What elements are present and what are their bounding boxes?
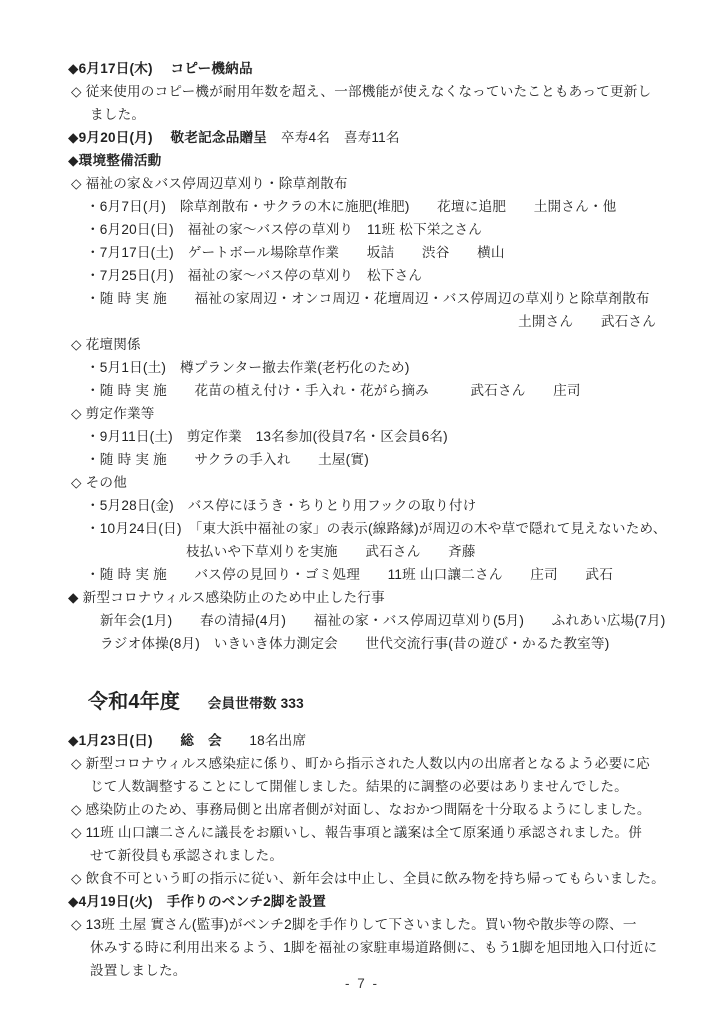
document-line: ・7月25日(月) 福祉の家～バス停の草刈り 松下さん: [68, 264, 658, 287]
document-line: ◇ 福祉の家＆バス停周辺草刈り・除草剤散布: [68, 172, 658, 195]
text-segment: ◇ 新型コロナウィルス感染症に係り、町から指示された人数以内の出席者となるよう必…: [71, 756, 650, 771]
text-segment: じて人数調整することにして開催しました。結果的に調整の必要はありませんでした。: [90, 779, 628, 794]
text-segment: ・随 時 実 施 福祉の家周辺・オンコ周辺・花壇周辺・バス停周辺の草刈りと除草剤…: [86, 291, 650, 306]
text-segment: ◇ 従来使用のコピー機が耐用年数を超え、一部機能が使えなくなっていたこともあって…: [71, 84, 651, 99]
document-line: ◇ 飲食不可という町の指示に従い、新年会は中止し、全員に飲み物を持ち帰ってもらい…: [68, 867, 658, 890]
document-line: ました。: [68, 103, 658, 126]
text-segment: ◇ 花壇関係: [71, 337, 141, 352]
text-segment: ・10月24日(日) 「東大浜中福祉の家」の表示(線路縁)が周辺の木や草で隠れて…: [86, 521, 667, 536]
document-line: ・随 時 実 施 花苗の植え付け・手入れ・花がら摘み 武石さん 庄司: [68, 379, 658, 402]
document-line: 枝払いや下草刈りを実施 武石さん 斉藤: [68, 540, 658, 563]
document-line: ◇ 従来使用のコピー機が耐用年数を超え、一部機能が使えなくなっていたこともあって…: [68, 80, 658, 103]
document-body: ◆6月17日(木) コピー機納品◇ 従来使用のコピー機が耐用年数を超え、一部機能…: [68, 57, 658, 982]
text-segment: 18名出席: [222, 733, 307, 748]
text-segment: ・7月25日(月) 福祉の家～バス停の草刈り 松下さん: [86, 268, 422, 283]
text-segment: ◇ 飲食不可という町の指示に従い、新年会は中止し、全員に飲み物を持ち帰ってもらい…: [71, 871, 665, 886]
document-line: ・随 時 実 施 福祉の家周辺・オンコ周辺・花壇周辺・バス停周辺の草刈りと除草剤…: [68, 287, 658, 310]
document-line: ◇ 13班 土屋 實さん(監事)がベンチ2脚を手作りして下さいました。買い物や散…: [68, 913, 658, 936]
text-segment: 卒寿4名 喜寿11名: [267, 130, 400, 145]
document-line: ◇ 新型コロナウィルス感染症に係り、町から指示された人数以内の出席者となるよう必…: [68, 752, 658, 775]
document-page: ◆6月17日(木) コピー機納品◇ 従来使用のコピー機が耐用年数を超え、一部機能…: [0, 0, 724, 1024]
document-line: ・随 時 実 施 バス停の見回り・ゴミ処理 11班 山口讓二さん 庄司 武石: [68, 563, 658, 586]
text-segment: 新年会(1月) 春の清掃(4月) 福祉の家・バス停周辺草刈り(5月) ふれあい広…: [100, 613, 665, 628]
text-segment: ラジオ体操(8月) いきいき体力測定会 世代交流行事(昔の遊び・かるた教室等): [100, 636, 609, 651]
text-segment: 会員世帯数 333: [180, 696, 304, 711]
text-segment: ・5月28日(金) バス停にほうき・ちりとり用フックの取り付け: [86, 498, 476, 513]
text-segment: せて新役員も承認されました。: [90, 848, 283, 863]
page-number: - 7 -: [0, 976, 724, 991]
text-segment: ・6月7日(月) 除草剤散布・サクラの木に施肥(堆肥) 花壇に追肥 土開さん・他: [86, 199, 616, 214]
document-line: ◆環境整備活動: [68, 149, 658, 172]
document-line: ・随 時 実 施 サクラの手入れ 土屋(實): [68, 448, 658, 471]
document-line: 土開さん 武石さん: [68, 310, 658, 333]
document-line: ・9月11日(土) 剪定作業 13名参加(役員7名・区会員6名): [68, 425, 658, 448]
text-segment: ◆環境整備活動: [68, 153, 161, 168]
document-line: ◆6月17日(木) コピー機納品: [68, 57, 658, 80]
document-line: 令和4年度 会員世帯数 333: [68, 686, 658, 720]
text-segment: 土開さん 武石さん: [518, 314, 656, 329]
document-line: ◇ 花壇関係: [68, 333, 658, 356]
text-segment: ◇ 11班 山口讓二さんに議長をお願いし、報告事項と議案は全て原案通り承認されま…: [71, 825, 642, 840]
document-line: ・10月24日(日) 「東大浜中福祉の家」の表示(線路縁)が周辺の木や草で隠れて…: [68, 517, 658, 540]
text-segment: ・6月20日(日) 福祉の家～バス停の草刈り 11班 松下栄之さん: [86, 222, 482, 237]
text-segment: ・7月17日(土) ゲートボール場除草作業 坂詰 渋谷 横山: [86, 245, 505, 260]
document-line: ◇ 感染防止のため、事務局側と出席者側が対面し、なおかつ間隔を十分取るようにしま…: [68, 798, 658, 821]
document-line: せて新役員も承認されました。: [68, 844, 658, 867]
document-line: ◆9月20日(月) 敬老記念品贈呈 卒寿4名 喜寿11名: [68, 126, 658, 149]
text-segment: ・9月11日(土) 剪定作業 13名参加(役員7名・区会員6名): [86, 429, 448, 444]
text-segment: ◇ その他: [71, 475, 127, 490]
document-line: 新年会(1月) 春の清掃(4月) 福祉の家・バス停周辺草刈り(5月) ふれあい広…: [68, 609, 658, 632]
text-segment: ◆4月19日(火) 手作りのベンチ2脚を設置: [68, 894, 326, 909]
document-line: ・5月28日(金) バス停にほうき・ちりとり用フックの取り付け: [68, 494, 658, 517]
document-line: じて人数調整することにして開催しました。結果的に調整の必要はありませんでした。: [68, 775, 658, 798]
document-line: ・5月1日(土) 樽プランター撤去作業(老朽化のため): [68, 356, 658, 379]
text-segment: ◆1月23日(日) 総 会: [68, 733, 222, 748]
document-line: ◆4月19日(火) 手作りのベンチ2脚を設置: [68, 890, 658, 913]
text-segment: ◆6月17日(木) コピー機納品: [68, 61, 253, 76]
text-segment: ・5月1日(土) 樽プランター撤去作業(老朽化のため): [86, 360, 410, 375]
text-segment: ◆ 新型コロナウィルス感染防止のため中止した行事: [68, 590, 385, 605]
text-segment: ◇ 13班 土屋 實さん(監事)がベンチ2脚を手作りして下さいました。買い物や散…: [71, 917, 637, 932]
document-line: ◆ 新型コロナウィルス感染防止のため中止した行事: [68, 586, 658, 609]
document-line: ◇ その他: [68, 471, 658, 494]
text-segment: 令和4年度: [88, 691, 180, 713]
text-segment: ◇ 剪定作業等: [71, 406, 155, 421]
text-segment: 休みする時に利用出来るよう、1脚を福祉の家駐車場道路側に、もう1脚を旭団地入口付…: [90, 940, 657, 955]
document-line: ラジオ体操(8月) いきいき体力測定会 世代交流行事(昔の遊び・かるた教室等): [68, 632, 658, 655]
document-line: ◆1月23日(日) 総 会 18名出席: [68, 729, 658, 752]
document-line: ◇ 剪定作業等: [68, 402, 658, 425]
document-line: 休みする時に利用出来るよう、1脚を福祉の家駐車場道路側に、もう1脚を旭団地入口付…: [68, 936, 658, 959]
text-segment: ◇ 感染防止のため、事務局側と出席者側が対面し、なおかつ間隔を十分取るようにしま…: [71, 802, 651, 817]
document-line: ・7月17日(土) ゲートボール場除草作業 坂詰 渋谷 横山: [68, 241, 658, 264]
text-segment: ました。: [90, 107, 145, 122]
text-segment: ・随 時 実 施 花苗の植え付け・手入れ・花がら摘み 武石さん 庄司: [86, 383, 581, 398]
text-segment: ・随 時 実 施 バス停の見回り・ゴミ処理 11班 山口讓二さん 庄司 武石: [86, 567, 613, 582]
document-line: ・6月7日(月) 除草剤散布・サクラの木に施肥(堆肥) 花壇に追肥 土開さん・他: [68, 195, 658, 218]
document-line: ◇ 11班 山口讓二さんに議長をお願いし、報告事項と議案は全て原案通り承認されま…: [68, 821, 658, 844]
text-segment: ・随 時 実 施 サクラの手入れ 土屋(實): [86, 452, 369, 467]
text-segment: ◇ 福祉の家＆バス停周辺草刈り・除草剤散布: [71, 176, 348, 191]
text-segment: 枝払いや下草刈りを実施 武石さん 斉藤: [186, 544, 476, 559]
text-segment: ◆9月20日(月) 敬老記念品贈呈: [68, 130, 267, 145]
document-line: ・6月20日(日) 福祉の家～バス停の草刈り 11班 松下栄之さん: [68, 218, 658, 241]
